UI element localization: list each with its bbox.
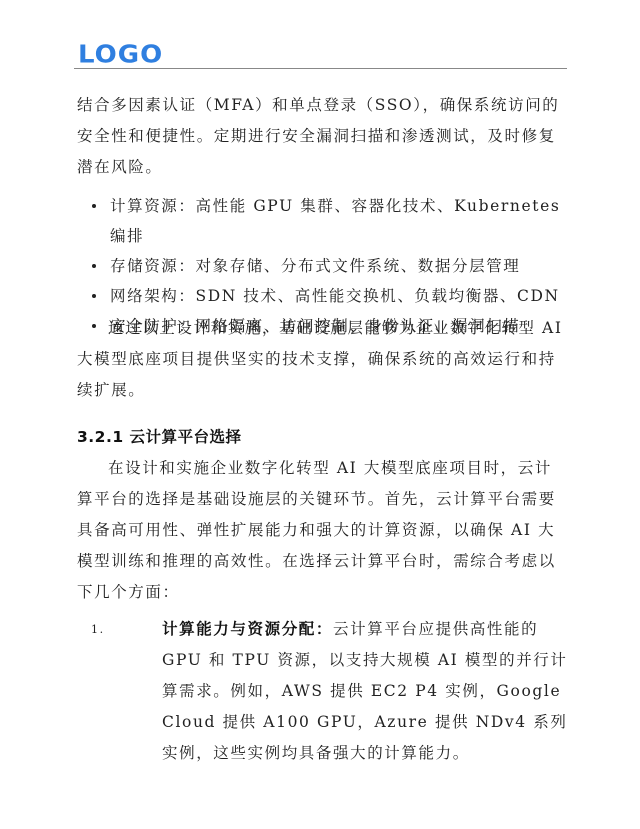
summary-paragraph: 通过以上设计和实施，基础设施层能够为企业数字化转型 AI 大模型底座项目提供坚实… xyxy=(77,313,569,406)
section-paragraph: 在设计和实施企业数字化转型 AI 大模型底座项目时，云计算平台的选择是基础设施层… xyxy=(77,453,569,608)
intro-paragraph: 结合多因素认证（MFA）和单点登录（SSO），确保系统访问的安全性和便捷性。定期… xyxy=(77,90,569,183)
numbered-item: 1. 计算能力与资源分配：云计算平台应提供高性能的 GPU 和 TPU 资源，以… xyxy=(77,614,569,769)
bullet-dot-icon xyxy=(92,204,96,208)
header-divider xyxy=(74,68,567,69)
section-heading: 3.2.1 云计算平台选择 xyxy=(77,424,242,450)
bullet-item: 网络架构：SDN 技术、高性能交换机、负载均衡器、CDN xyxy=(77,281,569,311)
item-number: 1. xyxy=(91,614,105,645)
logo: LOGO xyxy=(78,41,163,70)
item-term: 计算能力与资源分配： xyxy=(162,620,333,638)
bullet-dot-icon xyxy=(92,294,96,298)
numbered-list: 1. 计算能力与资源分配：云计算平台应提供高性能的 GPU 和 TPU 资源，以… xyxy=(77,614,569,769)
bullet-item: 存储资源：对象存储、分布式文件系统、数据分层管理 xyxy=(77,251,569,281)
item-text: 云计算平台应提供高性能的 GPU 和 TPU 资源，以支持大规模 AI 模型的并… xyxy=(162,620,568,762)
bullet-item: 计算资源：高性能 GPU 集群、容器化技术、Kubernetes 编排 xyxy=(77,191,569,251)
bullet-dot-icon xyxy=(92,264,96,268)
